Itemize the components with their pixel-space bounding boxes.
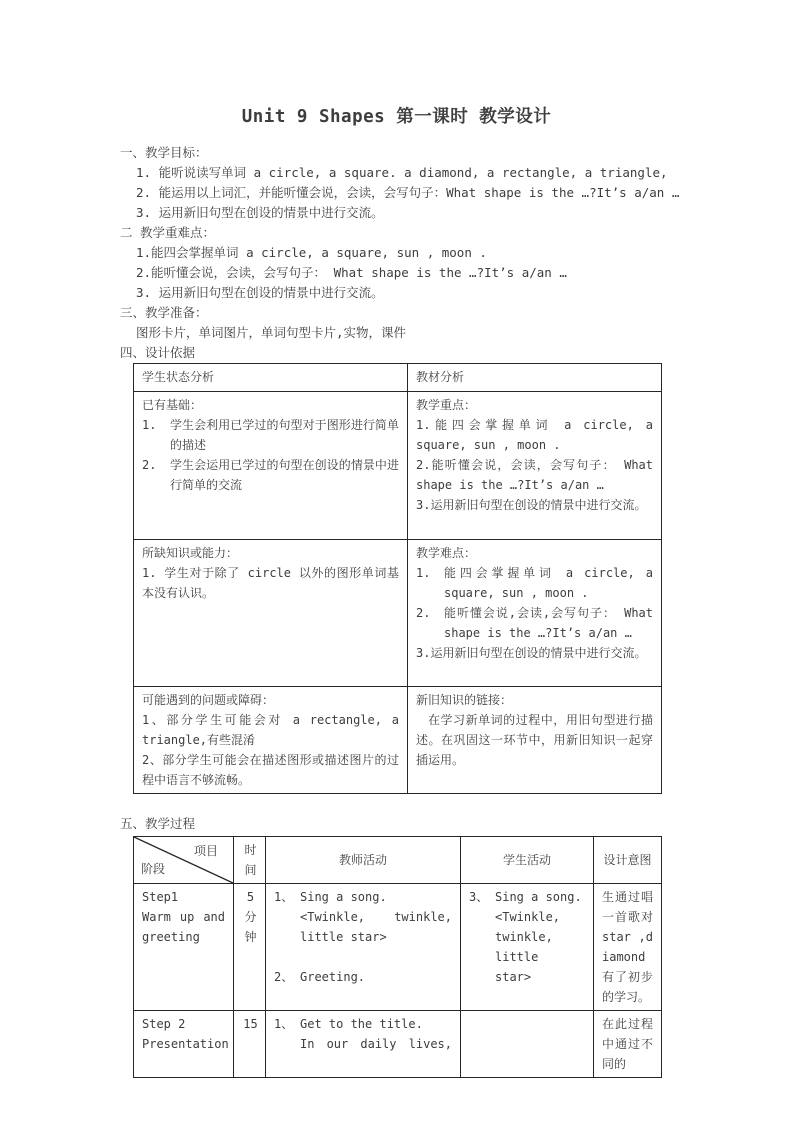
focus-line-3: 3.运用新旧句型在创设的情景中进行交流。 (416, 495, 653, 515)
document-page: Unit 9 Shapes 第一课时 教学设计 一、教学目标： 1. 能听说读写… (0, 0, 793, 1122)
corner-label-project: 项目 (194, 841, 218, 861)
cell-teaching-focus: 教学重点： 1.能四会掌握单词 a circle, a square, sun … (408, 392, 662, 540)
t2-header-time: 时间 (234, 837, 266, 884)
numbered-item: 1、 Sing a song. <Twinkle, twinkle, littl… (274, 887, 452, 947)
goal-item-1: 1. 能听说读写单词 a circle, a square. a diamond… (120, 163, 773, 183)
section-2-heading: 二 教学重难点： (120, 223, 773, 243)
cell-student-step2 (461, 1011, 594, 1078)
t1-header-student-analysis: 学生状态分析 (134, 364, 408, 392)
cell-title: 教学重点： (416, 395, 653, 415)
numbered-item: 2. 能听懂会说,会读,会写句子： What shape is the …?It… (416, 603, 653, 643)
cell-existing-basis: 已有基础： 1. 学生会利用已学过的句型对于图形进行简单的描述 2. 学生会运用… (134, 392, 408, 540)
t2-header-design-intent: 设计意图 (594, 837, 662, 884)
keypoint-item-2: 2.能听懂会说，会读，会写句子： What shape is the …?It’… (120, 263, 773, 283)
teaching-process-table: 项目 阶段 时间 教师活动 学生活动 设计意图 Step1 Warm up an… (133, 836, 662, 1078)
cell-intent-step1: 生通过唱一首歌对 star ,diamond 有了初步的学习。 (594, 884, 662, 1011)
cell-student-step1: 3、 Sing a song. <Twinkle, twinkle, littl… (461, 884, 594, 1011)
goal-item-2: 2. 能运用以上词汇，并能听懂会说，会读，会写句子：What shape is … (120, 183, 773, 203)
t1-header-material-analysis: 教材分析 (408, 364, 662, 392)
keypoint-item-1: 1.能四会掌握单词 a circle, a square, sun , moon… (120, 243, 773, 263)
knowledge-link-paragraph: 在学习新单词的过程中，用旧句型进行描述。在巩固这一环节中，用新旧知识一起穿插运用… (416, 710, 653, 770)
cell-knowledge-link: 新旧知识的链接： 在学习新单词的过程中，用旧句型进行描述。在巩固这一环节中，用新… (408, 687, 662, 794)
corner-header-cell: 项目 阶段 (134, 837, 234, 884)
focus-line-2: 2.能听懂会说，会读，会写句子： What shape is the …?It’… (416, 455, 653, 495)
numbered-item: 1. 能四会掌握单词 a circle, a square, sun , moo… (416, 563, 653, 603)
cell-possible-problems: 可能遇到的问题或障碍： 1、部分学生可能会对 a rectangle, a tr… (134, 687, 408, 794)
difficulty-line-3: 3.运用新旧句型在创设的情景中进行交流。 (416, 643, 653, 663)
cell-stage-step2: Step 2 Presentation (134, 1011, 234, 1078)
cell-teacher-step2: 1、 Get to the title. In our daily lives, (266, 1011, 461, 1078)
missing-line-1: 1. 学生对于除了 circle 以外的图形单词基本没有认识。 (142, 563, 399, 603)
goal-item-3: 3. 运用新旧句型在创设的情景中进行交流。 (120, 203, 773, 223)
numbered-item: 1、 Get to the title. In our daily lives, (274, 1014, 452, 1054)
t2-header-student-activity: 学生活动 (461, 837, 594, 884)
doc-body: 一、教学目标： 1. 能听说读写单词 a circle, a square. a… (0, 143, 793, 1078)
section-5-heading: 五、教学过程 (120, 814, 773, 834)
numbered-item: 2. 学生会运用已学过的句型在创设的情景中进行简单的交流 (142, 455, 399, 495)
cell-title: 已有基础： (142, 395, 399, 415)
cell-title: 可能遇到的问题或障碍： (142, 690, 399, 710)
numbered-item: 1. 学生会利用已学过的句型对于图形进行简单的描述 (142, 415, 399, 455)
problem-line-1: 1、部分学生可能会对 a rectangle, a triangle,有些混淆 (142, 710, 399, 750)
cell-teaching-difficulty: 教学难点： 1. 能四会掌握单词 a circle, a square, sun… (408, 540, 662, 687)
cell-stage-step1: Step1 Warm up and greeting (134, 884, 234, 1011)
doc-title: Unit 9 Shapes 第一课时 教学设计 (0, 104, 793, 130)
numbered-item: 3、 Sing a song. <Twinkle, twinkle, littl… (469, 887, 585, 987)
t2-header-teacher-activity: 教师活动 (266, 837, 461, 884)
cell-missing-knowledge: 所缺知识或能力： 1. 学生对于除了 circle 以外的图形单词基本没有认识。 (134, 540, 408, 687)
cell-time-step2: 15 (234, 1011, 266, 1078)
cell-intent-step2: 在此过程中通过不同的 (594, 1011, 662, 1078)
problem-line-2: 2、部分学生可能会在描述图形或描述图片的过程中语言不够流畅。 (142, 750, 399, 790)
section-1-heading: 一、教学目标： (120, 143, 773, 163)
section-4-heading: 四、设计依据 (120, 343, 773, 363)
cell-title: 所缺知识或能力： (142, 543, 399, 563)
cell-title: 教学难点： (416, 543, 653, 563)
preparation-item: 图形卡片，单词图片，单词句型卡片,实物，课件 (120, 323, 773, 343)
section-3-heading: 三、教学准备： (120, 303, 773, 323)
corner-label-stage: 阶段 (141, 859, 165, 879)
cell-title: 新旧知识的链接： (416, 690, 653, 710)
cell-time-step1: 5分钟 (234, 884, 266, 1011)
cell-teacher-step1: 1、 Sing a song. <Twinkle, twinkle, littl… (266, 884, 461, 1011)
design-basis-table: 学生状态分析 教材分析 已有基础： 1. 学生会利用已学过的句型对于图形进行简单… (133, 363, 662, 794)
keypoint-item-3: 3. 运用新旧句型在创设的情景中进行交流。 (120, 283, 773, 303)
numbered-item: 2、 Greeting. (274, 967, 452, 987)
focus-line-1: 1.能四会掌握单词 a circle, a square, sun , moon… (416, 415, 653, 455)
